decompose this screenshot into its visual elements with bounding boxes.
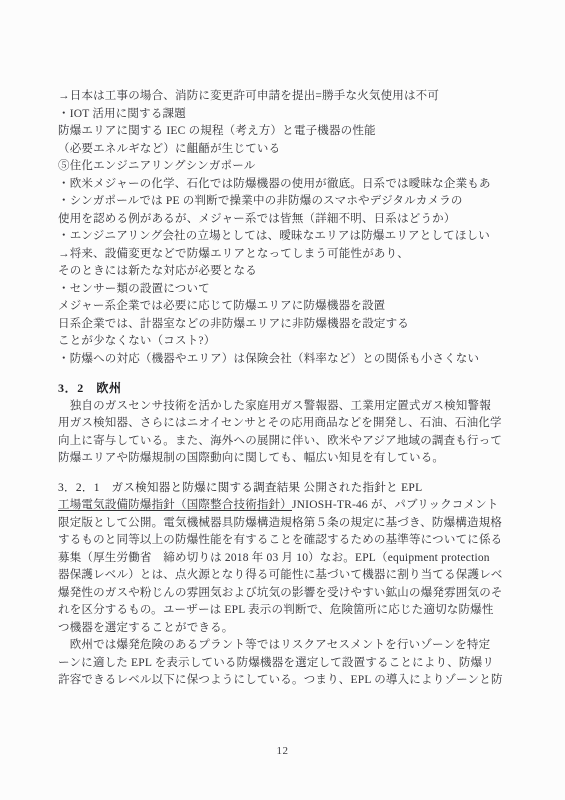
document-body: →日本は工事の場合、消防に変更許可申請を提出=勝手な火気使用は不可 ・IOT 活… xyxy=(58,88,505,690)
body-line: 爆発性のガスや粉じんの雰囲気および坑気の影響を受けやすい鉱山の爆発雰囲気のそれぞ xyxy=(58,585,505,603)
note-line: 日系企業では、計器室などの非防爆エリアに非防爆機器を設定する xyxy=(58,316,505,334)
section-heading-survey: 3．2．1 ガス検知器と防爆に関する調査結果 公開された指針と EPL xyxy=(58,480,505,498)
note-line: ・エンジニアリング会社の立場としては、曖昧なエリアは防爆エリアとしてほしい xyxy=(58,228,505,246)
note-line: 防爆エリアに関する IEC の規程（考え方）と電子機器の性能 xyxy=(58,123,505,141)
note-line: そのときには新たな対応が必要となる xyxy=(58,263,505,281)
underlined-guideline-title: 工場電気設備防爆指針（国際整合技術指針） xyxy=(58,499,292,511)
body-line: 限定版として公開。電気機械器具防爆構造規格第５条の規定に基づき、防爆構造規格に適… xyxy=(58,515,505,533)
note-line: ⑤住化エンジニアリングシンガポール xyxy=(58,158,505,176)
body-line: 募集（厚生労働省 締め切りは 2018 年 03 月 10）なお。EPL（equ… xyxy=(58,550,505,568)
body-line: 防爆エリアや防爆規制の国際動向に関しても、幅広い知見を有している。 xyxy=(58,450,505,468)
body-line: 向上に寄与している。また、海外への展開に伴い、欧米やアジア地域の調査も行っており… xyxy=(58,433,505,451)
note-line: →将来、設備変更などで防爆エリアとなってしまう可能性があり、 xyxy=(58,246,505,264)
document-page: →日本は工事の場合、消防に変更許可申請を提出=勝手な火気使用は不可 ・IOT 活… xyxy=(0,0,565,800)
body-line: 用ガス検知器、さらにはニオイセンサとその応用商品などを開発し、石油、石油化学の保… xyxy=(58,415,505,433)
note-line: ・センサー類の設置について xyxy=(58,281,505,299)
page-number: 12 xyxy=(0,745,565,757)
note-line: ・防爆への対応（機器やエリア）は保険会社（料率など）との関係も小さくない xyxy=(58,351,505,369)
body-line: 欧州では爆発危険のあるプラント等ではリスクアセスメントを行いゾーンを特定し、ゾ xyxy=(58,637,505,655)
section-heading-europe: 3．2 欧州 xyxy=(58,380,505,398)
body-line-with-underline: 工場電気設備防爆指針（国際整合技術指針）JNIOSH-TR-46 が、パブリック… xyxy=(58,497,505,515)
body-line: れを区分するもの。ユーザーは EPL 表示の判断で、危険箇所に応じた適切な防爆性… xyxy=(58,602,505,620)
body-line: つ機器を選定することができる。 xyxy=(58,620,505,638)
note-line: ・欧米メジャーの化学、石化では防爆機器の使用が徹底。日系では曖昧な企業もある。 xyxy=(58,176,505,194)
note-line: →日本は工事の場合、消防に変更許可申請を提出=勝手な火気使用は不可 xyxy=(58,88,505,106)
note-line: （必要エネルギなど）に齟齬が生じている xyxy=(58,141,505,159)
body-line: 許容できるレベル以下に保つようにしている。つまり、EPL の導入によりゾーンと防… xyxy=(58,672,505,690)
note-line: ・IOT 活用に関する課題 xyxy=(58,106,505,124)
note-line: ことが少なくない（コスト?） xyxy=(58,333,505,351)
note-line: メジャー系企業では必要に応じて防爆エリアに防爆機器を設置 xyxy=(58,298,505,316)
body-line: 器保護レベル）とは、点火源となり得る可能性に基づいて機器に割り当てる保護レベルで… xyxy=(58,567,505,585)
body-line: ーンに適した EPL を表示している防爆機器を選定して設置することにより、防爆リ… xyxy=(58,655,505,673)
note-line: 使用を認める例があるが、メジャー系では皆無（詳細不明、日系はどうか） xyxy=(58,211,505,229)
body-line: するものと同等以上の防爆性能を有することを確認するための基準等についてに係る意見 xyxy=(58,532,505,550)
note-line: ・シンガポールでは PE の判断で操業中の非防爆のスマホやデジタルカメラの xyxy=(58,193,505,211)
body-line: 独自のガスセンサ技術を活かした家庭用ガス警報器、工業用定置式ガス検知警報器、携帯 xyxy=(58,398,505,416)
